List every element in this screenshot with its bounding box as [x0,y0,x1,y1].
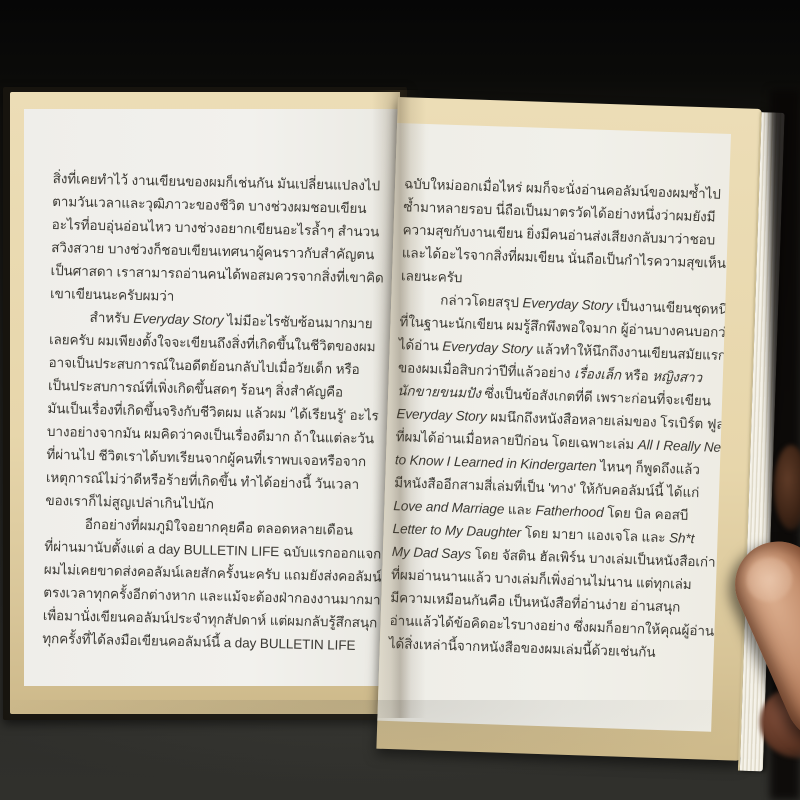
right-page-text: ฉบับใหม่ออกเมื่อไหร่ ผมก็จะนั่งอ่านคอลัม… [388,172,730,666]
left-page-text: สิ่งที่เคยทำไว้ งานเขียนของผมก็เช่นกัน ม… [42,167,383,657]
left-page-panel: สิ่งที่เคยทำไว้ งานเขียนของผมก็เช่นกัน ม… [24,109,400,686]
right-page: ฉบับใหม่ออกเมื่อไหร่ ผมก็จะนั่งอ่านคอลัม… [376,97,761,761]
book-photo: สิ่งที่เคยทำไว้ งานเขียนของผมก็เช่นกัน ม… [0,0,800,800]
right-page-panel: ฉบับใหม่ออกเมื่อไหร่ ผมก็จะนั่งอ่านคอลัม… [377,123,731,732]
finger-knuckle [774,445,800,530]
left-page: สิ่งที่เคยทำไว้ งานเขียนของผมก็เช่นกัน ม… [10,92,400,714]
thumb-nail [739,550,799,609]
